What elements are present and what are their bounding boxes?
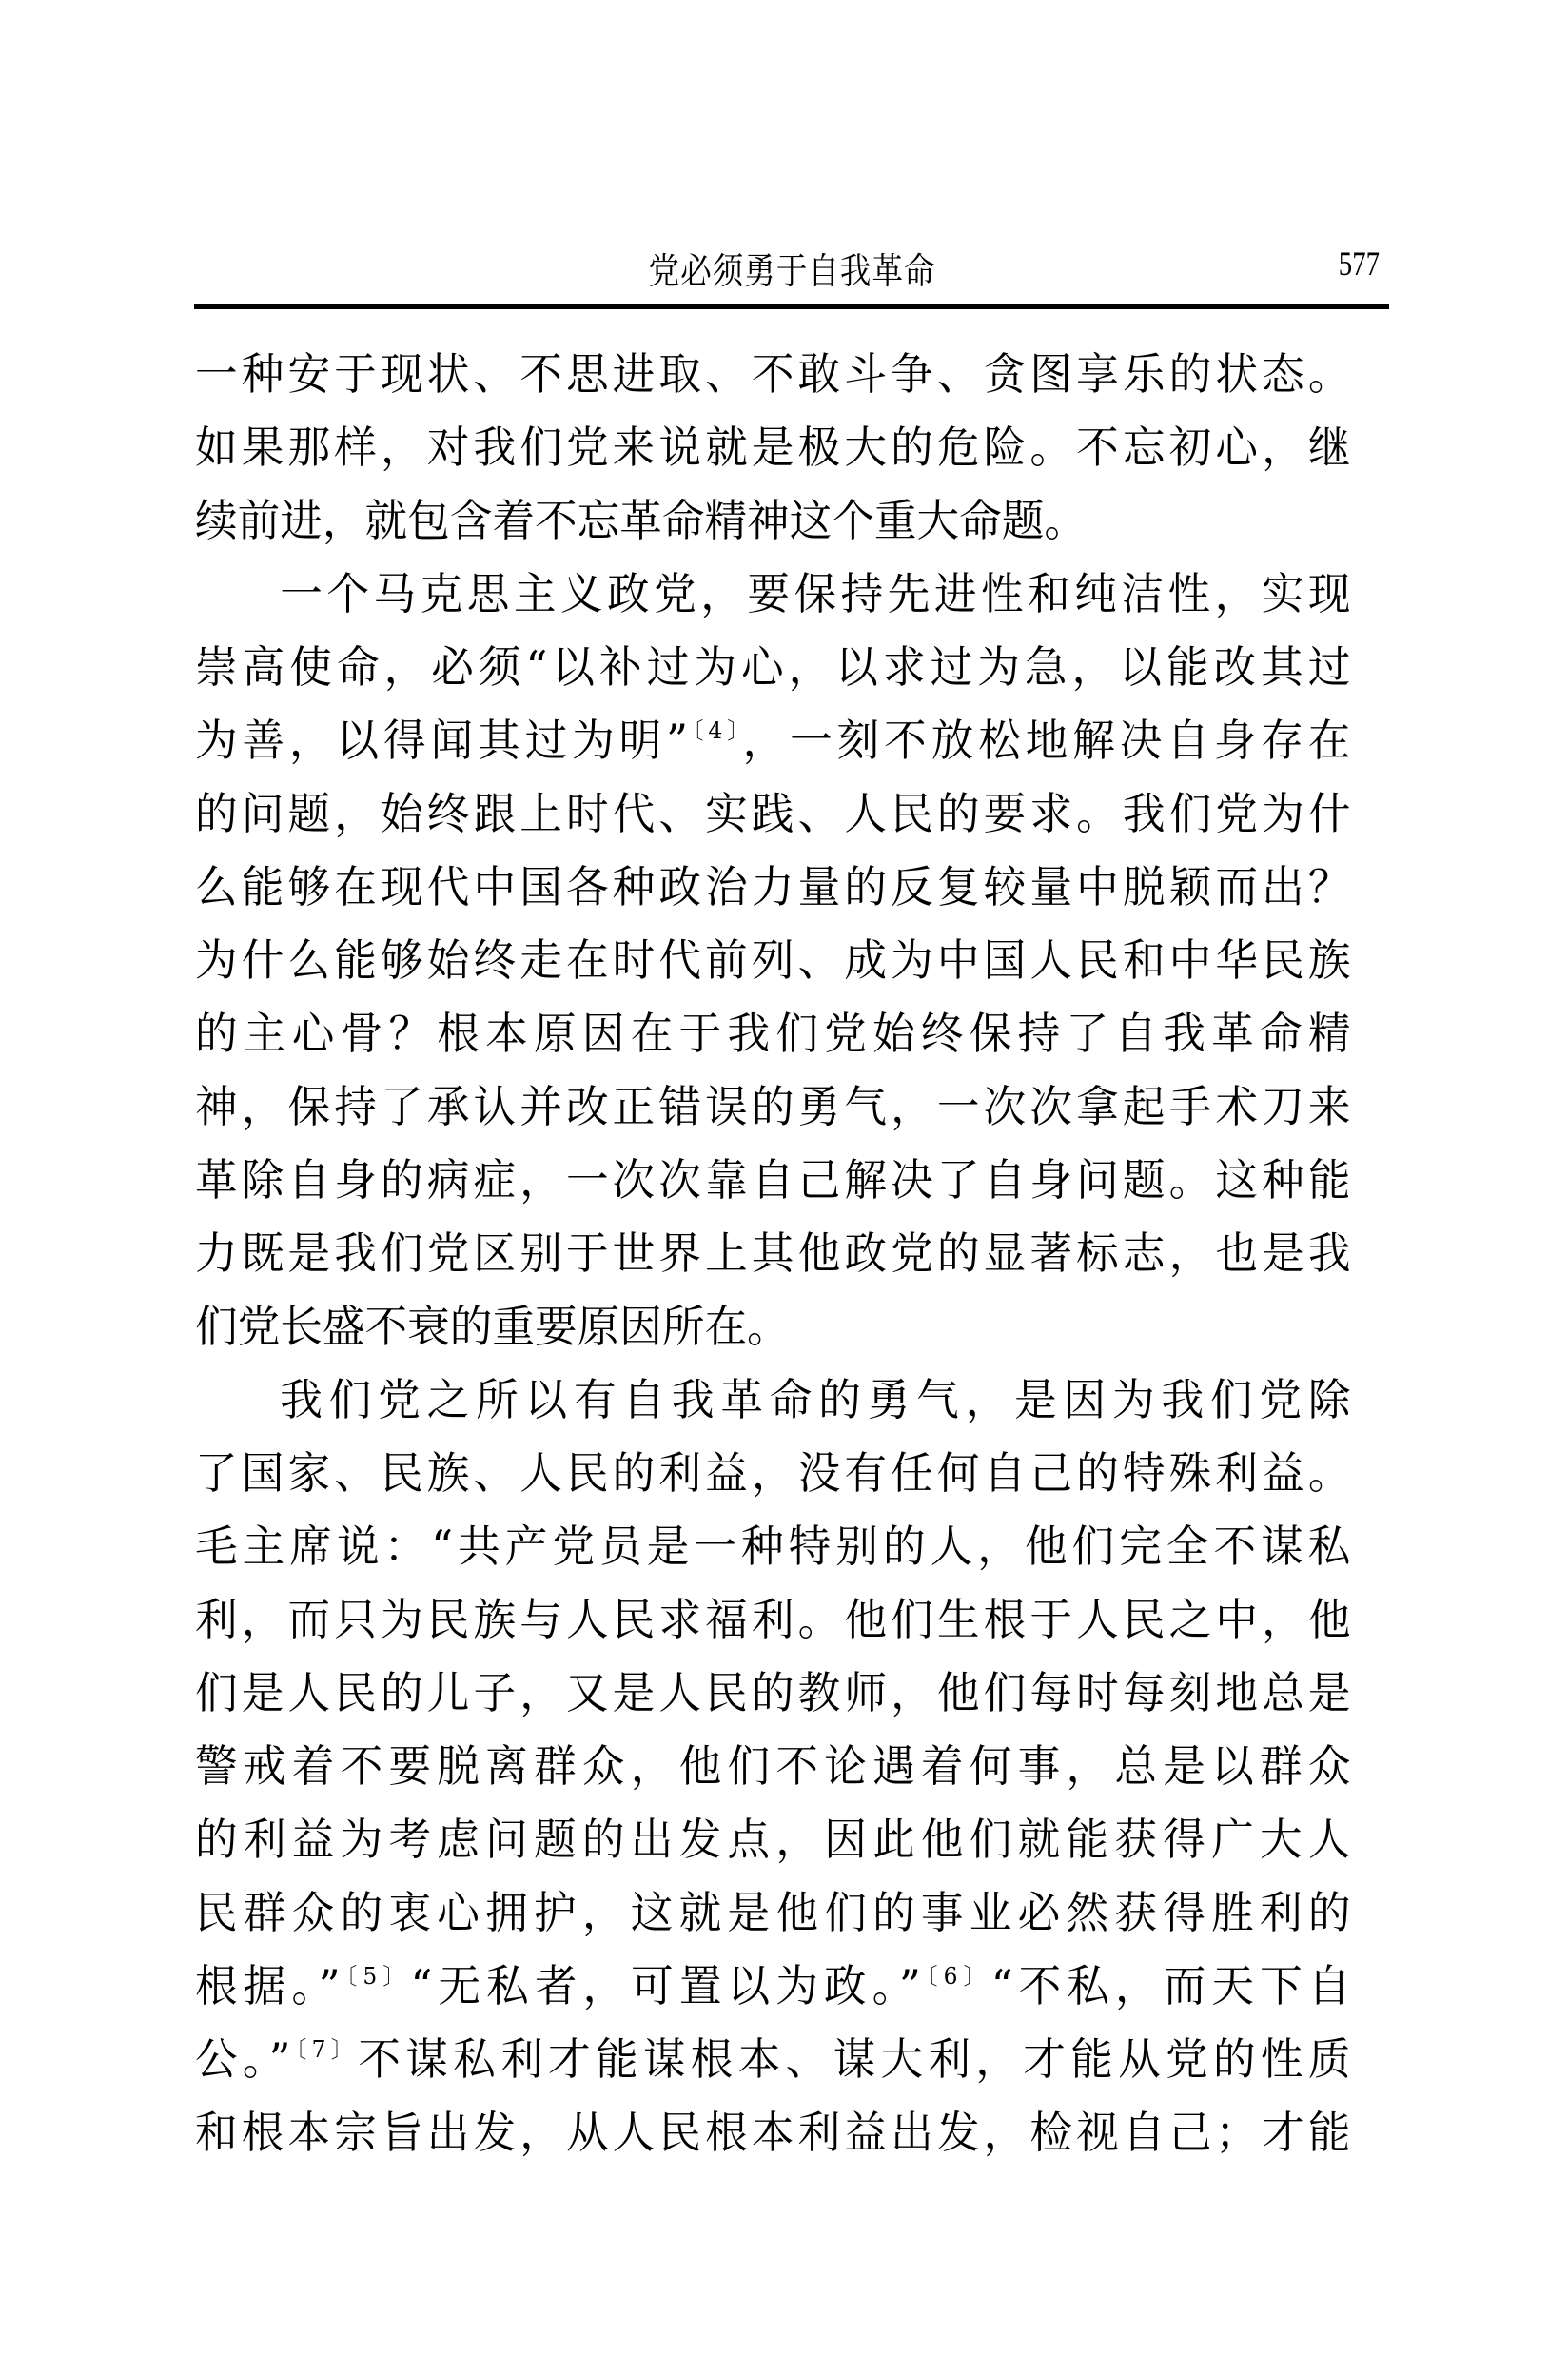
- text-line: 利，而只为民族与人民求福利。他们生根于人民之中，他: [195, 1583, 1350, 1657]
- text-line: 续前进，就包含着不忘革命精神这个重大命题。: [195, 484, 1350, 558]
- text-line: 神，保持了承认并改正错误的勇气，一次次拿起手术刀来: [195, 1070, 1350, 1144]
- text-line: 的问题，始终跟上时代、实践、人民的要求。我们党为什: [195, 777, 1350, 851]
- text-line: 民群众的衷心拥护，这就是他们的事业必然获得胜利的: [195, 1876, 1350, 1950]
- text-line: 的利益为考虑问题的出发点，因此他们就能获得广大人: [195, 1803, 1350, 1876]
- page-number: 577: [1339, 244, 1380, 284]
- footnote-ref: 〔6〕: [921, 1963, 991, 1990]
- text-line: 崇高使命，必须“以补过为心，以求过为急，以能改其过: [195, 631, 1350, 704]
- text-line: 公。”〔7〕不谋私利才能谋根本、谋大利，才能从党的性质: [195, 2023, 1350, 2096]
- footnote-ref: 〔5〕: [341, 1963, 411, 1990]
- text-line: 为什么能够始终走在时代前列、成为中国人民和中华民族: [195, 924, 1350, 997]
- text-line: 警戒着不要脱离群众，他们不论遇着何事，总是以群众: [195, 1730, 1350, 1803]
- book-page: 党必须勇于自我革命 577 一种安于现状、不思进取、不敢斗争、贪图享乐的状态。 …: [0, 0, 1568, 2355]
- text-line: 一个马克思主义政党，要保持先进性和纯洁性，实现: [195, 558, 1350, 631]
- text-line: 如果那样，对我们党来说就是极大的危险。不忘初心，继: [195, 411, 1350, 484]
- text-line: 根据。”〔5〕“无私者，可置以为政。”〔6〕“不私，而天下自: [195, 1950, 1350, 2023]
- text-line: 们是人民的儿子，又是人民的教师，他们每时每刻地总是: [195, 1657, 1350, 1730]
- text-line: 么能够在现代中国各种政治力量的反复较量中脱颖而出？: [195, 851, 1350, 924]
- body-text: 一种安于现状、不思进取、不敢斗争、贪图享乐的状态。 如果那样，对我们党来说就是极…: [195, 338, 1386, 2169]
- text-line: 我们党之所以有自我革命的勇气，是因为我们党除: [195, 1364, 1350, 1437]
- text-line: 们党长盛不衰的重要原因所在。: [195, 1290, 1350, 1364]
- running-title: 党必须勇于自我革命: [279, 242, 1305, 294]
- text-line: 革除自身的病症，一次次靠自己解决了自身问题。这种能: [195, 1144, 1350, 1217]
- text-line: 一种安于现状、不思进取、不敢斗争、贪图享乐的状态。: [195, 338, 1350, 411]
- text-line: 和根本宗旨出发，从人民根本利益出发，检视自己；才能: [195, 2096, 1350, 2169]
- text-line: 了国家、民族、人民的利益，没有任何自己的特殊利益。: [195, 1437, 1350, 1510]
- text-line: 的主心骨？根本原因在于我们党始终保持了自我革命精: [195, 997, 1350, 1070]
- footnote-ref: 〔4〕: [688, 717, 743, 744]
- header-rule-divider: [194, 304, 1389, 309]
- footnote-ref: 〔7〕: [290, 2036, 358, 2063]
- text-line: 力既是我们党区别于世界上其他政党的显著标志，也是我: [195, 1217, 1350, 1290]
- text-line: 为善，以得闻其过为明”〔4〕，一刻不放松地解决自身存在: [195, 704, 1350, 777]
- running-head: 党必须勇于自我革命 577: [195, 238, 1389, 291]
- text-line: 毛主席说：“共产党员是一种特别的人，他们完全不谋私: [195, 1510, 1350, 1583]
